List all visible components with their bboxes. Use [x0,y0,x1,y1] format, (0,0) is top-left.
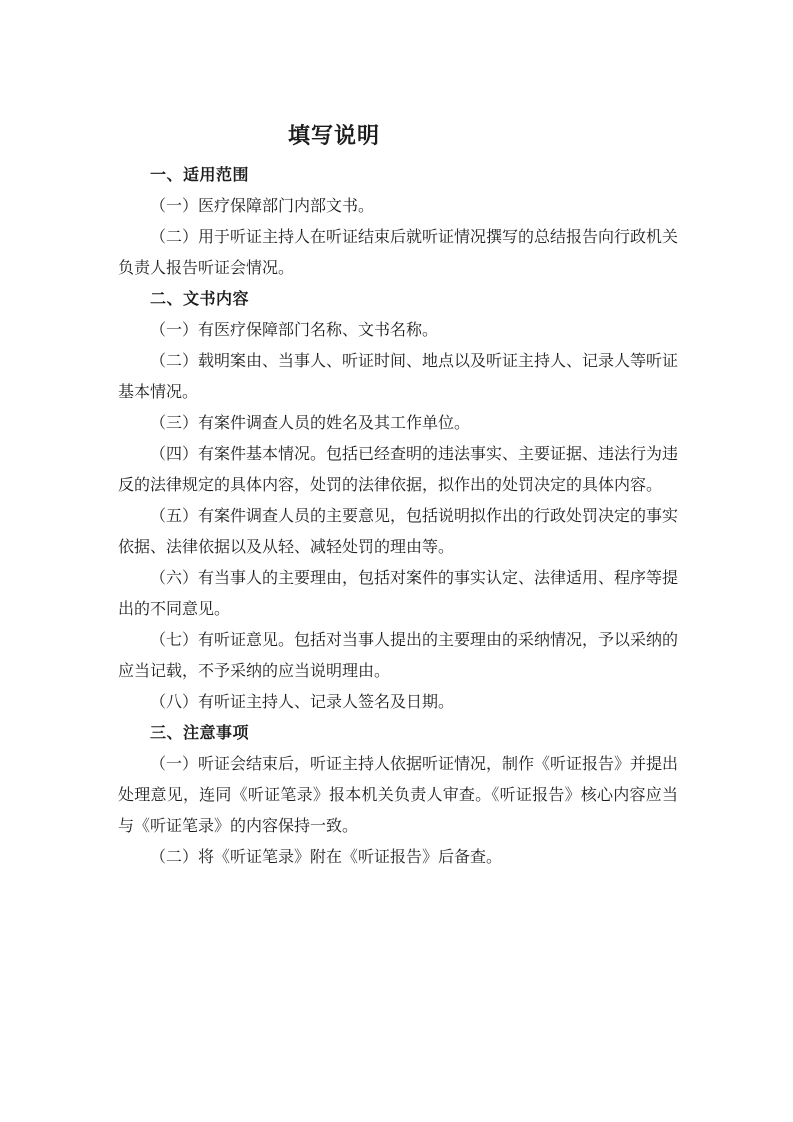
paragraph: （一）听证会结束后，听证主持人依据听证情况，制作《听证报告》并提出处理意见，连同… [118,749,678,842]
section-heading-notes: 三、注意事项 [118,718,678,749]
paragraph: （三）有案件调查人员的姓名及其工作单位。 [118,408,678,439]
section-content: 二、文书内容 （一）有医疗保障部门名称、文书名称。 （二）载明案由、当事人、听证… [118,284,678,718]
document-title: 填写说明 [118,119,550,153]
paragraph: （二）载明案由、当事人、听证时间、地点以及听证主持人、记录人等听证基本情况。 [118,346,678,408]
section-heading-scope: 一、适用范围 [118,160,678,191]
section-heading-content: 二、文书内容 [118,284,678,315]
section-scope: 一、适用范围 （一）医疗保障部门内部文书。 （二）用于听证主持人在听证结束后就听… [118,160,678,284]
paragraph: （四）有案件基本情况。包括已经查明的违法事实、主要证据、违法行为违反的法律规定的… [118,439,678,501]
document-page: 填写说明 一、适用范围 （一）医疗保障部门内部文书。 （二）用于听证主持人在听证… [0,0,793,1122]
paragraph: （六）有当事人的主要理由，包括对案件的事实认定、法律适用、程序等提出的不同意见。 [118,563,678,625]
section-notes: 三、注意事项 （一）听证会结束后，听证主持人依据听证情况，制作《听证报告》并提出… [118,718,678,873]
paragraph: （一）医疗保障部门内部文书。 [118,191,678,222]
paragraph: （二）将《听证笔录》附在《听证报告》后备查。 [118,842,678,873]
paragraph: （一）有医疗保障部门名称、文书名称。 [118,315,678,346]
paragraph: （二）用于听证主持人在听证结束后就听证情况撰写的总结报告向行政机关负责人报告听证… [118,222,678,284]
paragraph: （七）有听证意见。包括对当事人提出的主要理由的采纳情况，予以采纳的应当记载，不予… [118,625,678,687]
paragraph: （五）有案件调查人员的主要意见，包括说明拟作出的行政处罚决定的事实依据、法律依据… [118,501,678,563]
paragraph: （八）有听证主持人、记录人签名及日期。 [118,687,678,718]
